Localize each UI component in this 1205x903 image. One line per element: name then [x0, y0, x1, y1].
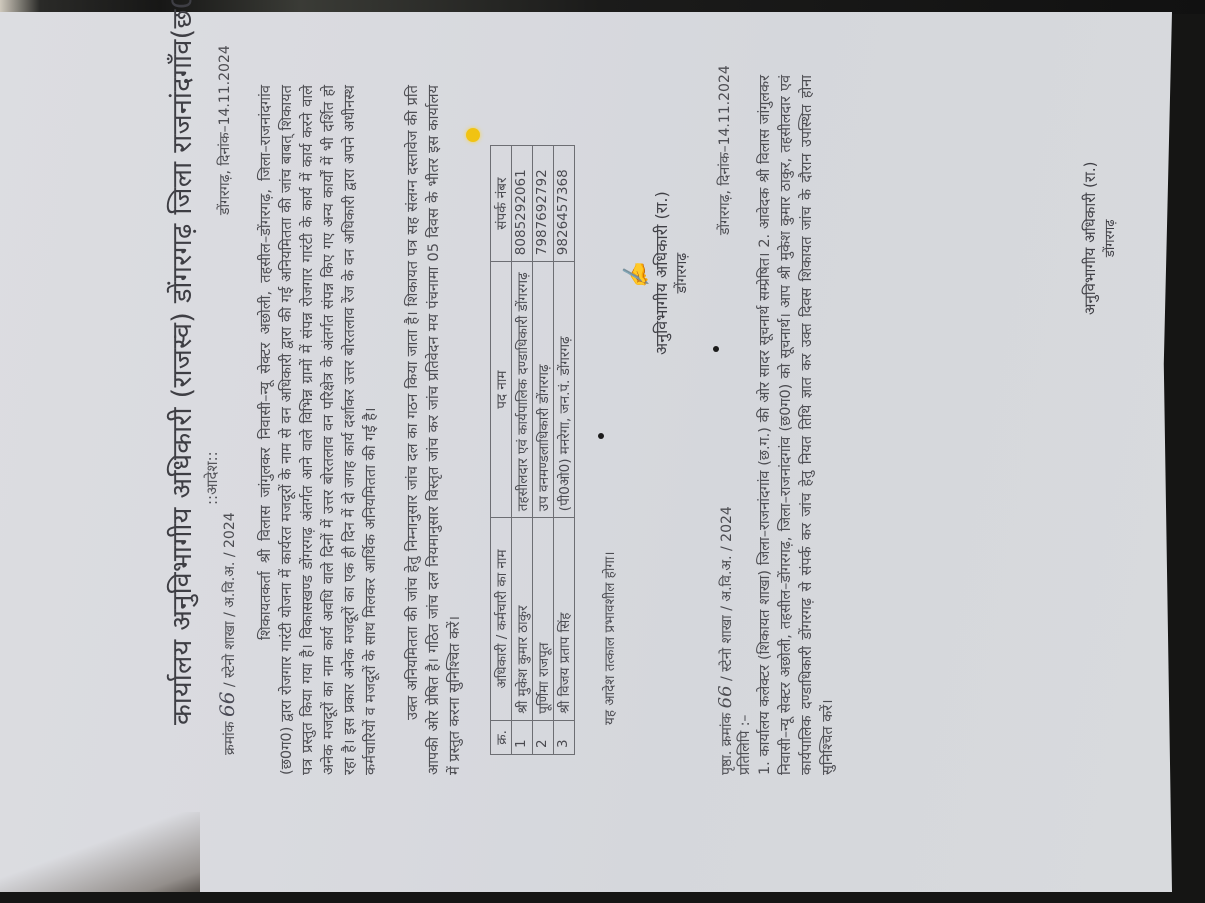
cell-name: श्री मुकेश कुमार ठाकुर: [512, 518, 533, 721]
office-heading: कार्यालय अनुविभागीय अधिकारी (राजस्व) डों…: [162, 0, 199, 725]
table-row: 3 श्री विजय प्रताप सिंह (पी0ओ0) मनरेगा, …: [554, 146, 575, 755]
cell-designation: उप वनमण्डलाधिकारी डोंगरगढ़: [533, 262, 554, 518]
government-order-document: कार्यालय अनुविभागीय अधिकारी (राजस्व) डों…: [10, 15, 1150, 875]
ref-number-handwritten: 66: [215, 692, 239, 717]
cell-designation: तहसीलदार एवं कार्यपालिक दण्डाधिकारी डोंग…: [512, 262, 533, 518]
endorsement-ref-prefix: पृष्ठा. क्रमांक: [719, 713, 735, 775]
copy-distribution-text: 1. कार्यालय कलेक्टर (शिकायत शाखा) जिला–र…: [755, 75, 839, 775]
cell-serial: 1: [512, 720, 533, 754]
cell-designation: (पी0ओ0) मनरेगा, जन.पं. डोंगरगढ़: [554, 262, 575, 518]
signatory-title: अनुविभागीय अधिकारी (रा.): [650, 191, 672, 355]
table-header-row: क्र. अधिकारी / कर्मचारी का नाम पद नाम सं…: [491, 146, 512, 755]
header-designation: पद नाम: [491, 262, 512, 518]
signatory-2-title: अनुविभागीय अधिकारी (रा.): [1080, 162, 1100, 316]
cell-name: पूर्णिमा राजपूत: [533, 518, 554, 721]
ref-suffix: / स्टेनो शाखा / अ.वि.अ. / 2024: [222, 512, 238, 687]
table-row: 1 श्री मुकेश कुमार ठाकुर तहसीलदार एवं का…: [512, 146, 533, 755]
signatory-block: अनुविभागीय अधिकारी (रा.) डोंगरगढ़: [650, 191, 691, 355]
order-label: ::आदेश::: [202, 451, 222, 505]
signatory-2-place: डोंगरगढ़: [1100, 162, 1118, 316]
ink-spot: [713, 346, 719, 352]
endorsement-place-date: डोंगरगढ़, दिनांक–14.11.2024: [715, 65, 734, 235]
signatory-block-2: अनुविभागीय अधिकारी (रा.) डोंगरगढ़: [1080, 162, 1118, 316]
reference-number: क्रमांक 66 / स्टेनो शाखा / अ.वि.अ. / 202…: [215, 512, 239, 755]
signatory-place: डोंगरगढ़: [672, 191, 691, 355]
inquiry-paragraph: उक्त अनियमितता की जांच हेतु निम्नानुसार …: [402, 85, 465, 775]
cell-contact: 7987692792: [533, 146, 554, 262]
inquiry-team-table: क्र. अधिकारी / कर्मचारी का नाम पद नाम सं…: [490, 145, 575, 755]
endorsement-reference: पृष्ठा. क्रमांक 66 / स्टेनो शाखा / अ.वि.…: [715, 506, 736, 775]
copy-label: प्रतिलिपि :–: [735, 715, 754, 775]
order-effective-note: यह आदेश तत्काल प्रभावशील होगा।: [600, 551, 618, 725]
cell-serial: 2: [533, 720, 554, 754]
header-serial: क्र.: [491, 720, 512, 754]
place-date: डोंगरगढ़, दिनांक–14.11.2024: [215, 45, 234, 215]
complaint-paragraph: शिकायतकर्ता श्री विलास जांगुलकर निवासी–न…: [255, 85, 381, 775]
cell-serial: 3: [554, 720, 575, 754]
yellow-highlight-dot: [466, 128, 480, 142]
endorsement-ref-number: 66: [715, 685, 736, 708]
signature-mark: ✍: [622, 260, 653, 293]
ink-spot: [598, 433, 604, 439]
header-contact: संपर्क नंबर: [491, 146, 512, 262]
endorsement-ref-suffix: / स्टेनो शाखा / अ.वि.अ. / 2024: [719, 506, 735, 681]
cell-contact: 8085292061: [512, 146, 533, 262]
table-row: 2 पूर्णिमा राजपूत उप वनमण्डलाधिकारी डोंग…: [533, 146, 554, 755]
ref-prefix: क्रमांक: [222, 721, 238, 755]
cell-name: श्री विजय प्रताप सिंह: [554, 518, 575, 721]
header-name: अधिकारी / कर्मचारी का नाम: [491, 518, 512, 721]
cell-contact: 9826457368: [554, 146, 575, 262]
